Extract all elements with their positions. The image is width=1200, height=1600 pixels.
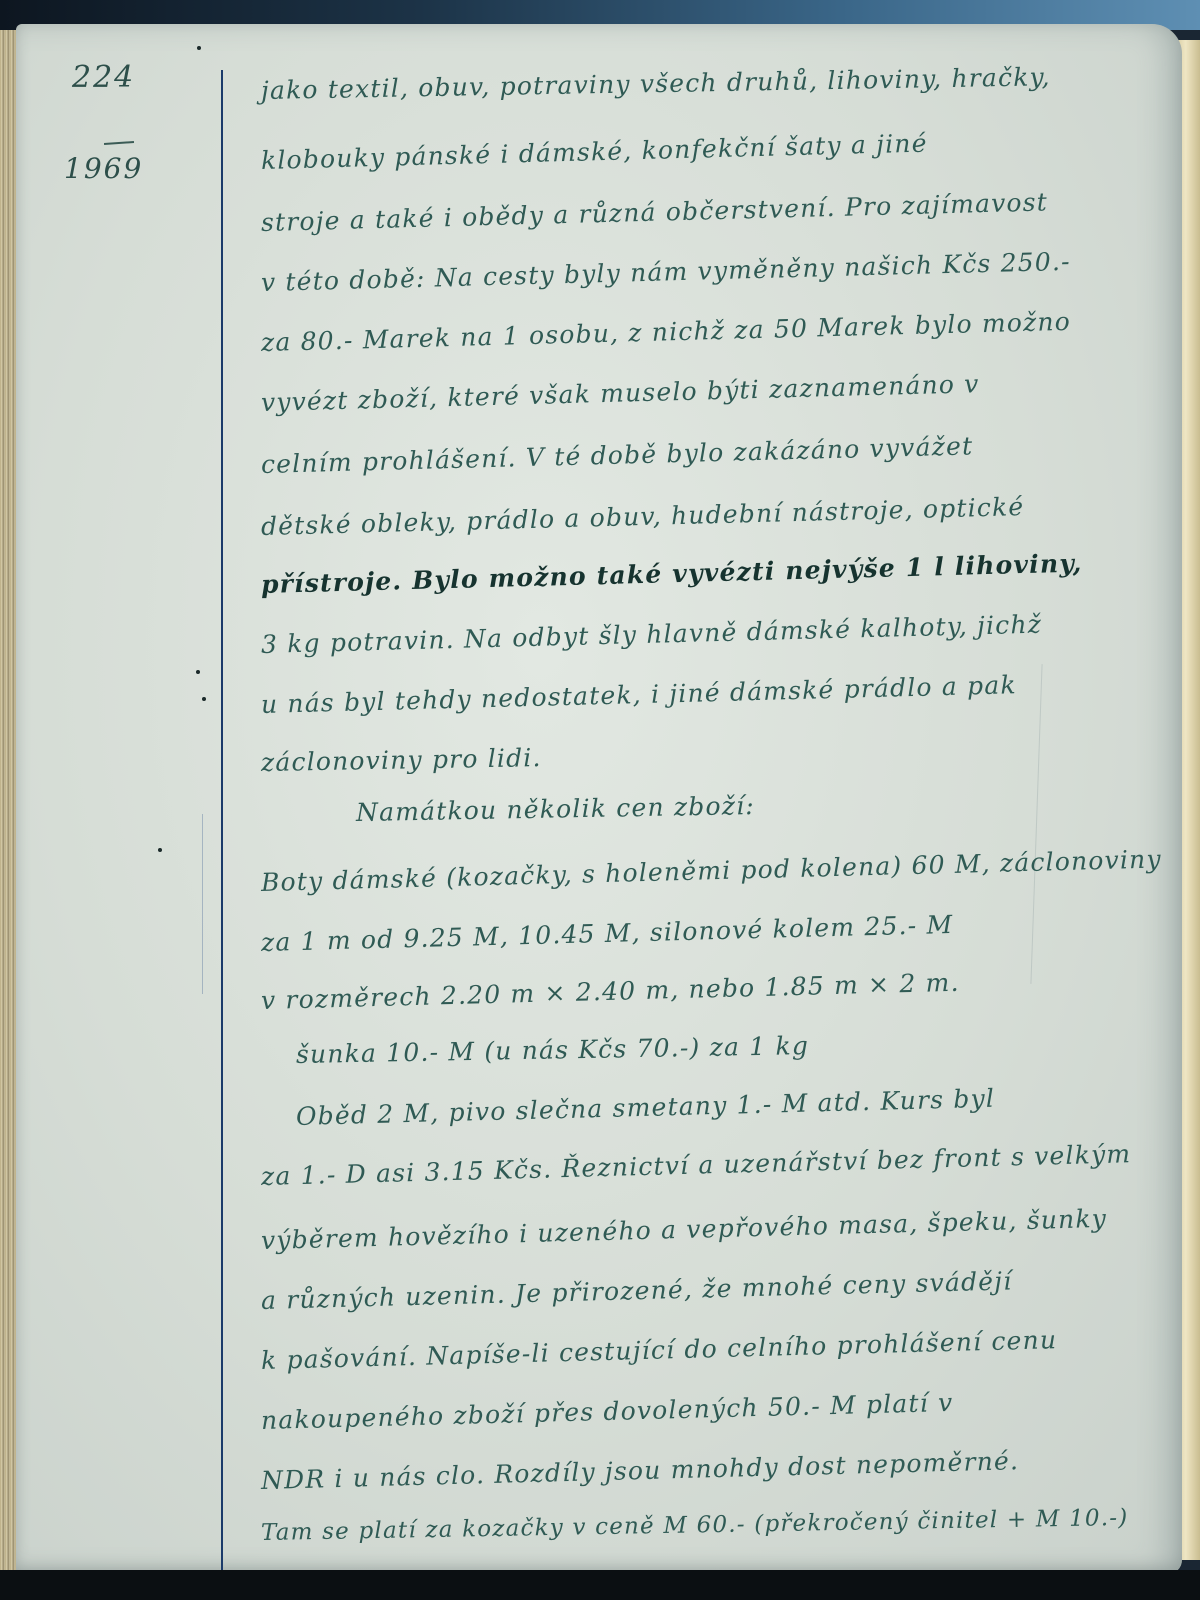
notebook-page: 224 1969 jako textil, obuv, potraviny vš…: [16, 24, 1182, 1574]
page-number: 224: [72, 60, 135, 95]
page-crease: [1030, 664, 1042, 984]
text-line: Boty dámské (kozačky, s holeněmi pod kol…: [261, 844, 1162, 897]
text-line: záclonoviny pro lidi.: [261, 743, 542, 777]
text-line: v této době: Na cesty byly nám vyměněny …: [261, 247, 1071, 297]
margin-separator: [104, 141, 134, 145]
text-line: k pašování. Napíše-li cestující do celní…: [261, 1325, 1058, 1375]
text-line: šunka 10.- M (u nás Kčs 70.-) za 1 kg: [296, 1031, 810, 1069]
text-line: stroje a také i obědy a různá občerstven…: [261, 187, 1049, 237]
faint-pencil-line: [202, 814, 203, 994]
section-heading: Namátkou několik cen zboží:: [356, 791, 755, 827]
background-bottom-shadow: [0, 1570, 1200, 1600]
text-line: a různých uzenin. Je přirozené, že mnohé…: [261, 1266, 1013, 1315]
text-line: Tam se platí za kozačky v ceně M 60.- (p…: [261, 1505, 1129, 1546]
text-line: celním prohlášení. V té době bylo zakázá…: [261, 431, 974, 479]
text-line: 3 kg potravin. Na odbyt šly hlavně dámsk…: [261, 610, 1043, 659]
text-line: klobouky pánské i dámské, konfekční šaty…: [261, 129, 928, 175]
text-line: jako textil, obuv, potraviny všech druhů…: [261, 62, 1051, 105]
text-line: NDR i u nás clo. Rozdíly jsou mnohdy dos…: [261, 1446, 1020, 1495]
margin-rule-line: [221, 70, 223, 1572]
text-line: výběrem hovězího i uzeného a vepřového m…: [261, 1204, 1108, 1255]
text-line: dětské obleky, prádlo a obuv, hudební ná…: [261, 492, 1025, 541]
ink-dot: [202, 697, 206, 701]
year-note: 1969: [64, 152, 143, 185]
ink-dot: [197, 46, 201, 50]
ink-dot: [158, 848, 162, 852]
text-line: v rozměrech 2.20 m × 2.40 m, nebo 1.85 m…: [261, 968, 960, 1015]
ink-dot: [196, 670, 200, 674]
text-line: vyvézt zboží, které však muselo býti zaz…: [261, 369, 980, 417]
text-line: nakoupeného zboží přes dovolených 50.- M…: [261, 1388, 954, 1435]
text-line: za 80.- Marek na 1 osobu, z nichž za 50 …: [261, 307, 1072, 357]
text-line: Oběd 2 M, pivo slečna smetany 1.- M atd.…: [296, 1084, 996, 1131]
text-line: za 1 m od 9.25 M, 10.45 M, silonové kole…: [261, 910, 954, 957]
text-line: za 1.- D asi 3.15 Kčs. Řeznictví a uzená…: [261, 1139, 1132, 1191]
text-line: přístroje. Bylo možno také vyvézti nejvý…: [261, 548, 1083, 599]
text-line: u nás byl tehdy nedostatek, i jiné dámsk…: [261, 670, 1017, 719]
